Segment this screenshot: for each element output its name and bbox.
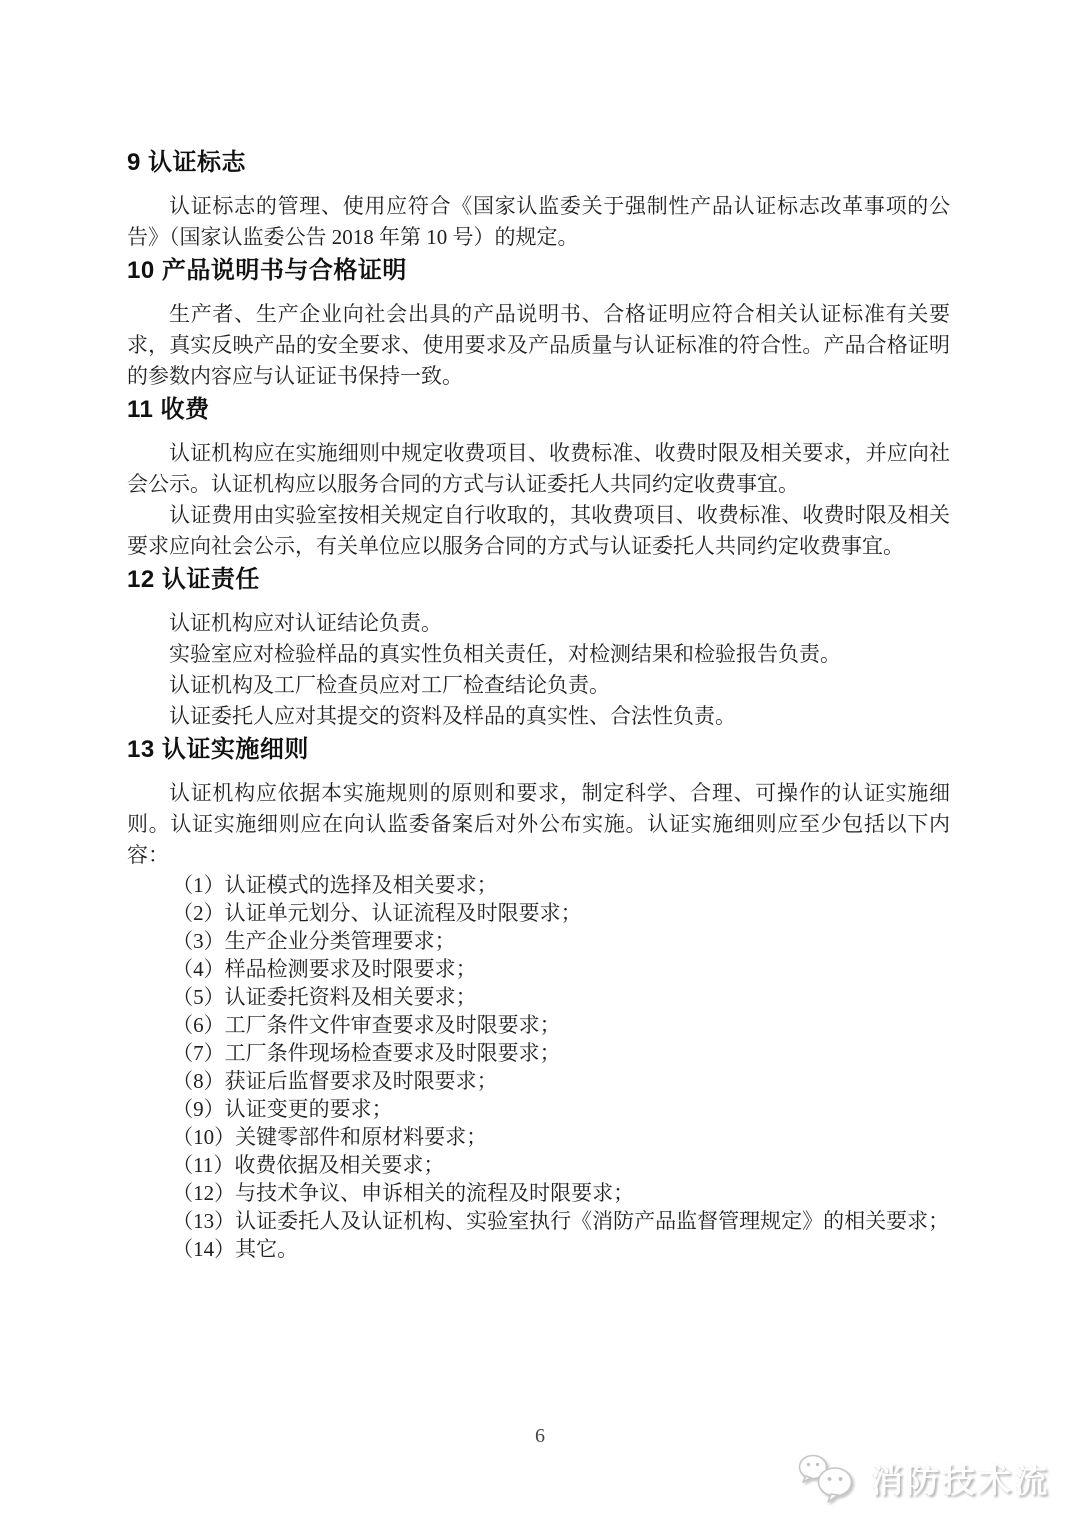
section-12-certification-responsibility: 12 认证责任 认证机构应对认证结论负责。 实验室应对检验样品的真实性负相关责任…: [127, 565, 950, 732]
paragraph: 认证标志的管理、使用应符合《国家认监委关于强制性产品认证标志改革事项的公告》（国…: [127, 191, 950, 253]
list-item: （2）认证单元划分、认证流程及时限要求；: [127, 899, 950, 927]
section-heading: 12 认证责任: [127, 565, 950, 594]
list-item: （9）认证变更的要求；: [127, 1095, 950, 1123]
paragraph: 生产者、生产企业向社会出具的产品说明书、合格证明应符合相关认证标准有关要求，真实…: [127, 299, 950, 392]
list-item: （1）认证模式的选择及相关要求；: [127, 871, 950, 899]
list-item: （10）关键零部件和原材料要求；: [127, 1123, 950, 1151]
list-item: （12）与技术争议、申诉相关的流程及时限要求；: [127, 1179, 950, 1207]
section-10-product-manual: 10 产品说明书与合格证明 生产者、生产企业向社会出具的产品说明书、合格证明应符…: [127, 256, 950, 392]
list-item: （7）工厂条件现场检查要求及时限要求；: [127, 1039, 950, 1067]
document-content: 9 认证标志 认证标志的管理、使用应符合《国家认监委关于强制性产品认证标志改革事…: [127, 145, 950, 1263]
section-heading: 10 产品说明书与合格证明: [127, 256, 950, 285]
list-item: （14）其它。: [127, 1235, 950, 1263]
paragraph: 认证机构及工厂检查员应对工厂检查结论负责。: [127, 670, 950, 701]
section-11-fees: 11 收费 认证机构应在实施细则中规定收费项目、收费标准、收费时限及相关要求，并…: [127, 395, 950, 562]
section-13-implementation-rules: 13 认证实施细则 认证机构应依据本实施规则的原则和要求，制定科学、合理、可操作…: [127, 735, 950, 1263]
list-item: （13）认证委托人及认证机构、实验室执行《消防产品监督管理规定》的相关要求；: [127, 1207, 950, 1235]
list-item: （5）认证委托资料及相关要求；: [127, 983, 950, 1011]
watermark: 消防技术流: [796, 1452, 1050, 1504]
paragraph: 认证机构应对认证结论负责。: [127, 608, 950, 639]
paragraph: 认证机构应在实施细则中规定收费项目、收费标准、收费时限及相关要求，并应向社会公示…: [127, 438, 950, 500]
document-page: 9 认证标志 认证标志的管理、使用应符合《国家认监委关于强制性产品认证标志改革事…: [0, 0, 1080, 1527]
paragraph: 实验室应对检验样品的真实性负相关责任，对检测结果和检验报告负责。: [127, 639, 950, 670]
section-heading: 13 认证实施细则: [127, 735, 950, 764]
paragraph: 认证委托人应对其提交的资料及样品的真实性、合法性负责。: [127, 701, 950, 732]
list-item: （3）生产企业分类管理要求；: [127, 927, 950, 955]
implementation-rules-list: （1）认证模式的选择及相关要求； （2）认证单元划分、认证流程及时限要求； （3…: [127, 871, 950, 1263]
wechat-icon: [796, 1452, 860, 1504]
list-item: （6）工厂条件文件审查要求及时限要求；: [127, 1011, 950, 1039]
list-item: （11）收费依据及相关要求；: [127, 1151, 950, 1179]
section-9-certification-mark: 9 认证标志 认证标志的管理、使用应符合《国家认监委关于强制性产品认证标志改革事…: [127, 148, 950, 253]
list-item: （8）获证后监督要求及时限要求；: [127, 1067, 950, 1095]
paragraph: 认证费用由实验室按相关规定自行收取的，其收费项目、收费标准、收费时限及相关要求应…: [127, 500, 950, 562]
page-number: 6: [0, 1425, 1080, 1448]
list-item: （4）样品检测要求及时限要求；: [127, 955, 950, 983]
paragraph: 认证机构应依据本实施规则的原则和要求，制定科学、合理、可操作的认证实施细则。认证…: [127, 778, 950, 871]
watermark-text: 消防技术流: [870, 1455, 1050, 1502]
section-heading: 9 认证标志: [127, 148, 950, 177]
section-heading: 11 收费: [127, 395, 950, 424]
